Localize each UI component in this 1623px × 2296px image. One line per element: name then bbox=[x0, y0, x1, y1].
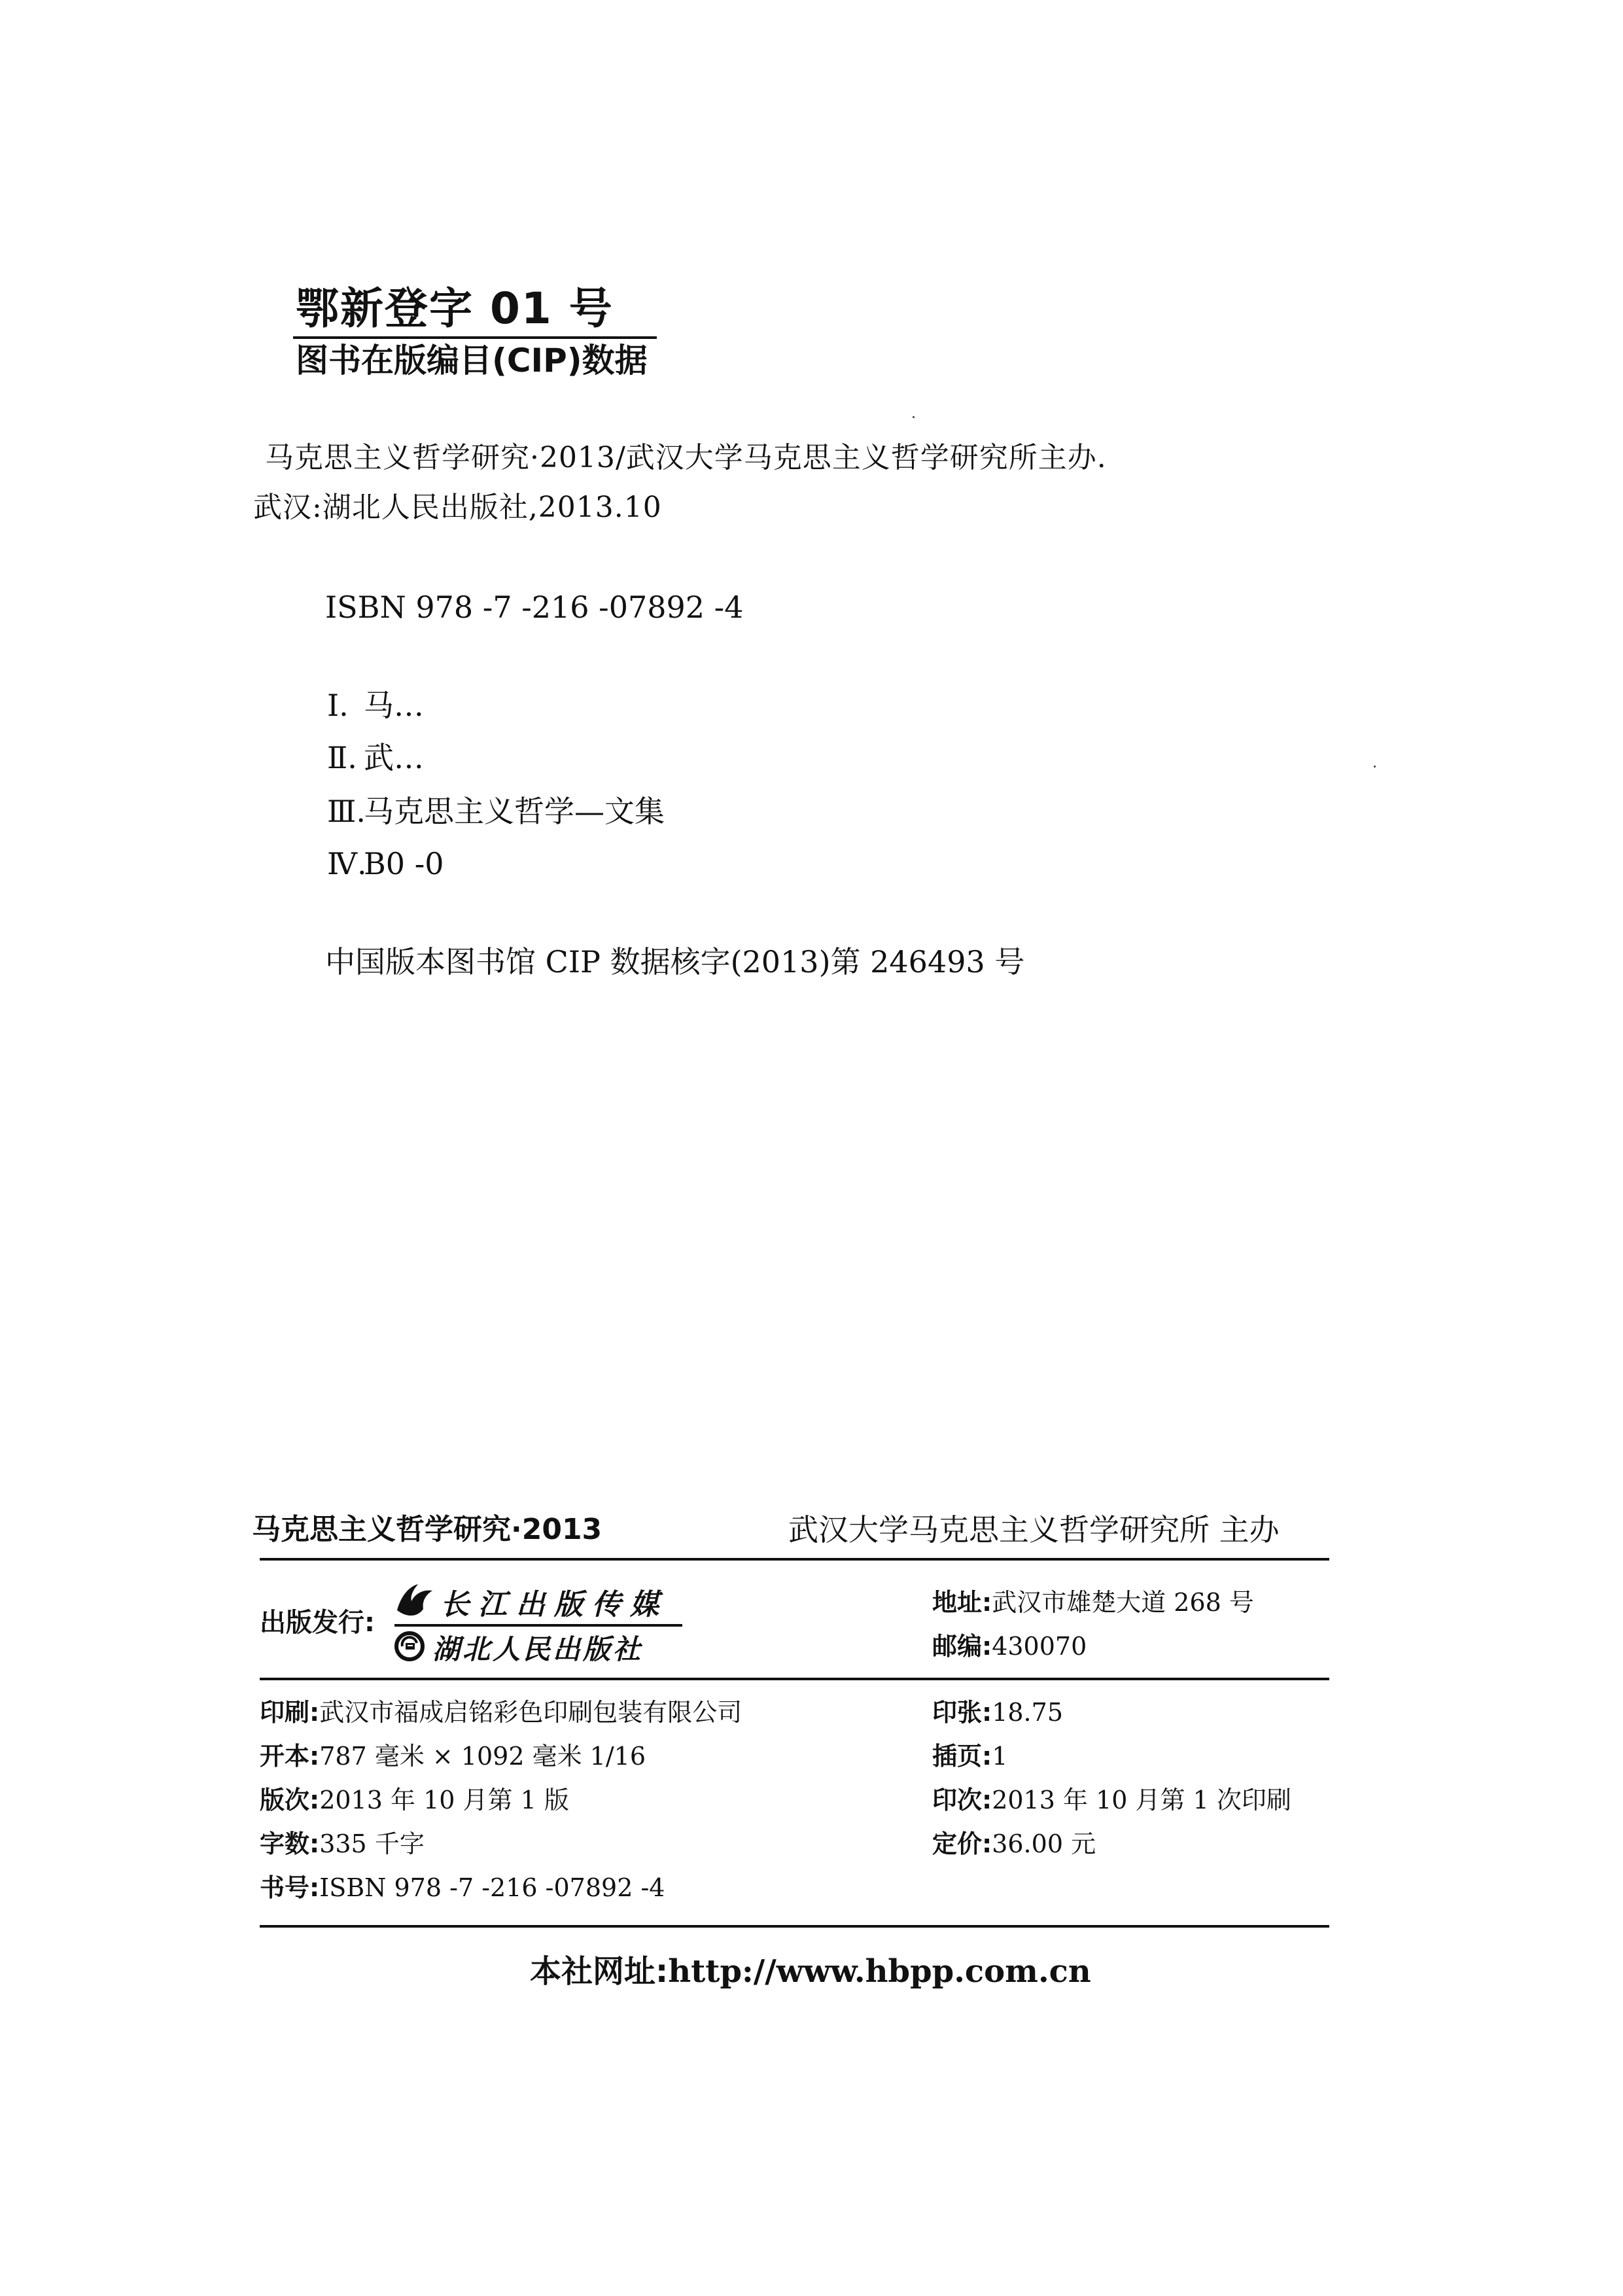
cip-verification-number: 中国版本图书馆 CIP 数据核字(2013)第 246493 号 bbox=[325, 944, 1024, 980]
field-key: 书号: bbox=[260, 1873, 319, 1902]
subject-number: Ⅱ. bbox=[327, 739, 364, 776]
header-divider bbox=[293, 336, 657, 339]
publisher-house-name: 湖北人民出版社 bbox=[432, 1628, 643, 1667]
field-value: 335 千字 bbox=[319, 1829, 425, 1858]
field-key: 地址: bbox=[932, 1588, 992, 1617]
subject-text: 武… bbox=[364, 740, 424, 775]
field-key: 定价: bbox=[932, 1829, 992, 1858]
publisher-logo: 长江出版传媒 湖北人民出版社 bbox=[394, 1582, 682, 1667]
colophon-book-title: 马克思主义哲学研究·2013 bbox=[252, 1511, 602, 1548]
wave-emblem-icon bbox=[394, 1581, 435, 1622]
price-field: 定价:36.00 元 bbox=[932, 1828, 1096, 1860]
subject-number: Ⅲ. bbox=[327, 793, 364, 830]
cip-subject-item: Ⅱ.武… bbox=[327, 739, 424, 776]
subject-number: Ⅳ. bbox=[327, 845, 364, 882]
publisher-group-logo: 长江出版传媒 bbox=[394, 1582, 668, 1621]
subject-text: 马… bbox=[364, 688, 424, 723]
field-value: 787 毫米 × 1092 毫米 1/16 bbox=[319, 1742, 646, 1771]
field-value: 1 bbox=[992, 1742, 1007, 1771]
cip-title-line: 马克思主义哲学研究·2013/武汉大学马克思主义哲学研究所主办. bbox=[265, 440, 1107, 476]
publisher-group-name: 长江出版传媒 bbox=[440, 1581, 668, 1623]
printer-field: 印刷:武汉市福成启铭彩色印刷包装有限公司 bbox=[260, 1697, 742, 1728]
field-key: 插页: bbox=[932, 1742, 992, 1771]
cip-subject-item: Ⅲ.马克思主义哲学—文集 bbox=[327, 793, 665, 830]
field-key: 邮编: bbox=[932, 1632, 992, 1661]
publisher-label: 出版发行: bbox=[260, 1606, 375, 1639]
field-key: 开本: bbox=[260, 1742, 319, 1771]
address-field: 地址:武汉市雄楚大道 268 号 bbox=[932, 1587, 1254, 1618]
logo-divider bbox=[394, 1624, 682, 1627]
publisher-website: 本社网址:http://www.hbpp.com.cn bbox=[530, 1952, 1091, 1991]
printing-field: 印次:2013 年 10 月第 1 次印刷 bbox=[932, 1784, 1291, 1816]
field-key: 印刷: bbox=[260, 1698, 319, 1727]
field-key: 印张: bbox=[932, 1698, 992, 1727]
cip-subject-item: Ⅳ.B0 -0 bbox=[327, 845, 444, 882]
colophon-divider bbox=[260, 1558, 1329, 1561]
field-value: 430070 bbox=[992, 1632, 1087, 1661]
field-value: 武汉市福成启铭彩色印刷包装有限公司 bbox=[319, 1698, 742, 1727]
colophon-divider bbox=[260, 1678, 1329, 1680]
field-key: 印次: bbox=[932, 1786, 992, 1814]
cip-subject-item: Ⅰ.马… bbox=[327, 687, 424, 724]
subject-text: 马克思主义哲学—文集 bbox=[364, 794, 665, 829]
colophon-divider bbox=[260, 1925, 1329, 1928]
inserts-field: 插页:1 bbox=[932, 1740, 1007, 1772]
registration-number: 鄂新登字 01 号 bbox=[296, 283, 614, 335]
colophon-organizer: 武汉大学马克思主义哲学研究所 主办 bbox=[788, 1511, 1280, 1548]
website-label: 本社网址: bbox=[530, 1953, 668, 1990]
word-count-field: 字数:335 千字 bbox=[260, 1828, 425, 1860]
subject-text: B0 -0 bbox=[364, 846, 444, 881]
field-key: 版次: bbox=[260, 1786, 319, 1814]
book-number-field: 书号:ISBN 978 -7 -216 -07892 -4 bbox=[260, 1872, 665, 1903]
field-value: ISBN 978 -7 -216 -07892 -4 bbox=[319, 1873, 665, 1902]
subject-number: Ⅰ. bbox=[327, 687, 364, 724]
postcode-field: 邮编:430070 bbox=[932, 1631, 1087, 1662]
field-value: 36.00 元 bbox=[992, 1829, 1096, 1858]
cip-isbn: ISBN 978 -7 -216 -07892 -4 bbox=[325, 589, 744, 626]
scan-speck bbox=[1374, 766, 1376, 768]
circle-emblem-icon bbox=[394, 1631, 425, 1664]
sheets-field: 印张:18.75 bbox=[932, 1697, 1063, 1728]
field-value: 武汉市雄楚大道 268 号 bbox=[992, 1588, 1254, 1617]
field-value: 18.75 bbox=[992, 1698, 1063, 1727]
scan-speck bbox=[913, 416, 915, 418]
field-value: 2013 年 10 月第 1 版 bbox=[319, 1786, 569, 1814]
cip-publisher-line: 武汉:湖北人民出版社,2013.10 bbox=[253, 489, 662, 526]
edition-field: 版次:2013 年 10 月第 1 版 bbox=[260, 1784, 569, 1816]
publisher-house-logo: 湖北人民出版社 bbox=[394, 1629, 643, 1666]
cip-heading: 图书在版编目(CIP)数据 bbox=[296, 340, 648, 381]
website-url: http://www.hbpp.com.cn bbox=[668, 1953, 1091, 1990]
format-field: 开本:787 毫米 × 1092 毫米 1/16 bbox=[260, 1740, 646, 1772]
field-value: 2013 年 10 月第 1 次印刷 bbox=[992, 1786, 1291, 1814]
field-key: 字数: bbox=[260, 1829, 319, 1858]
